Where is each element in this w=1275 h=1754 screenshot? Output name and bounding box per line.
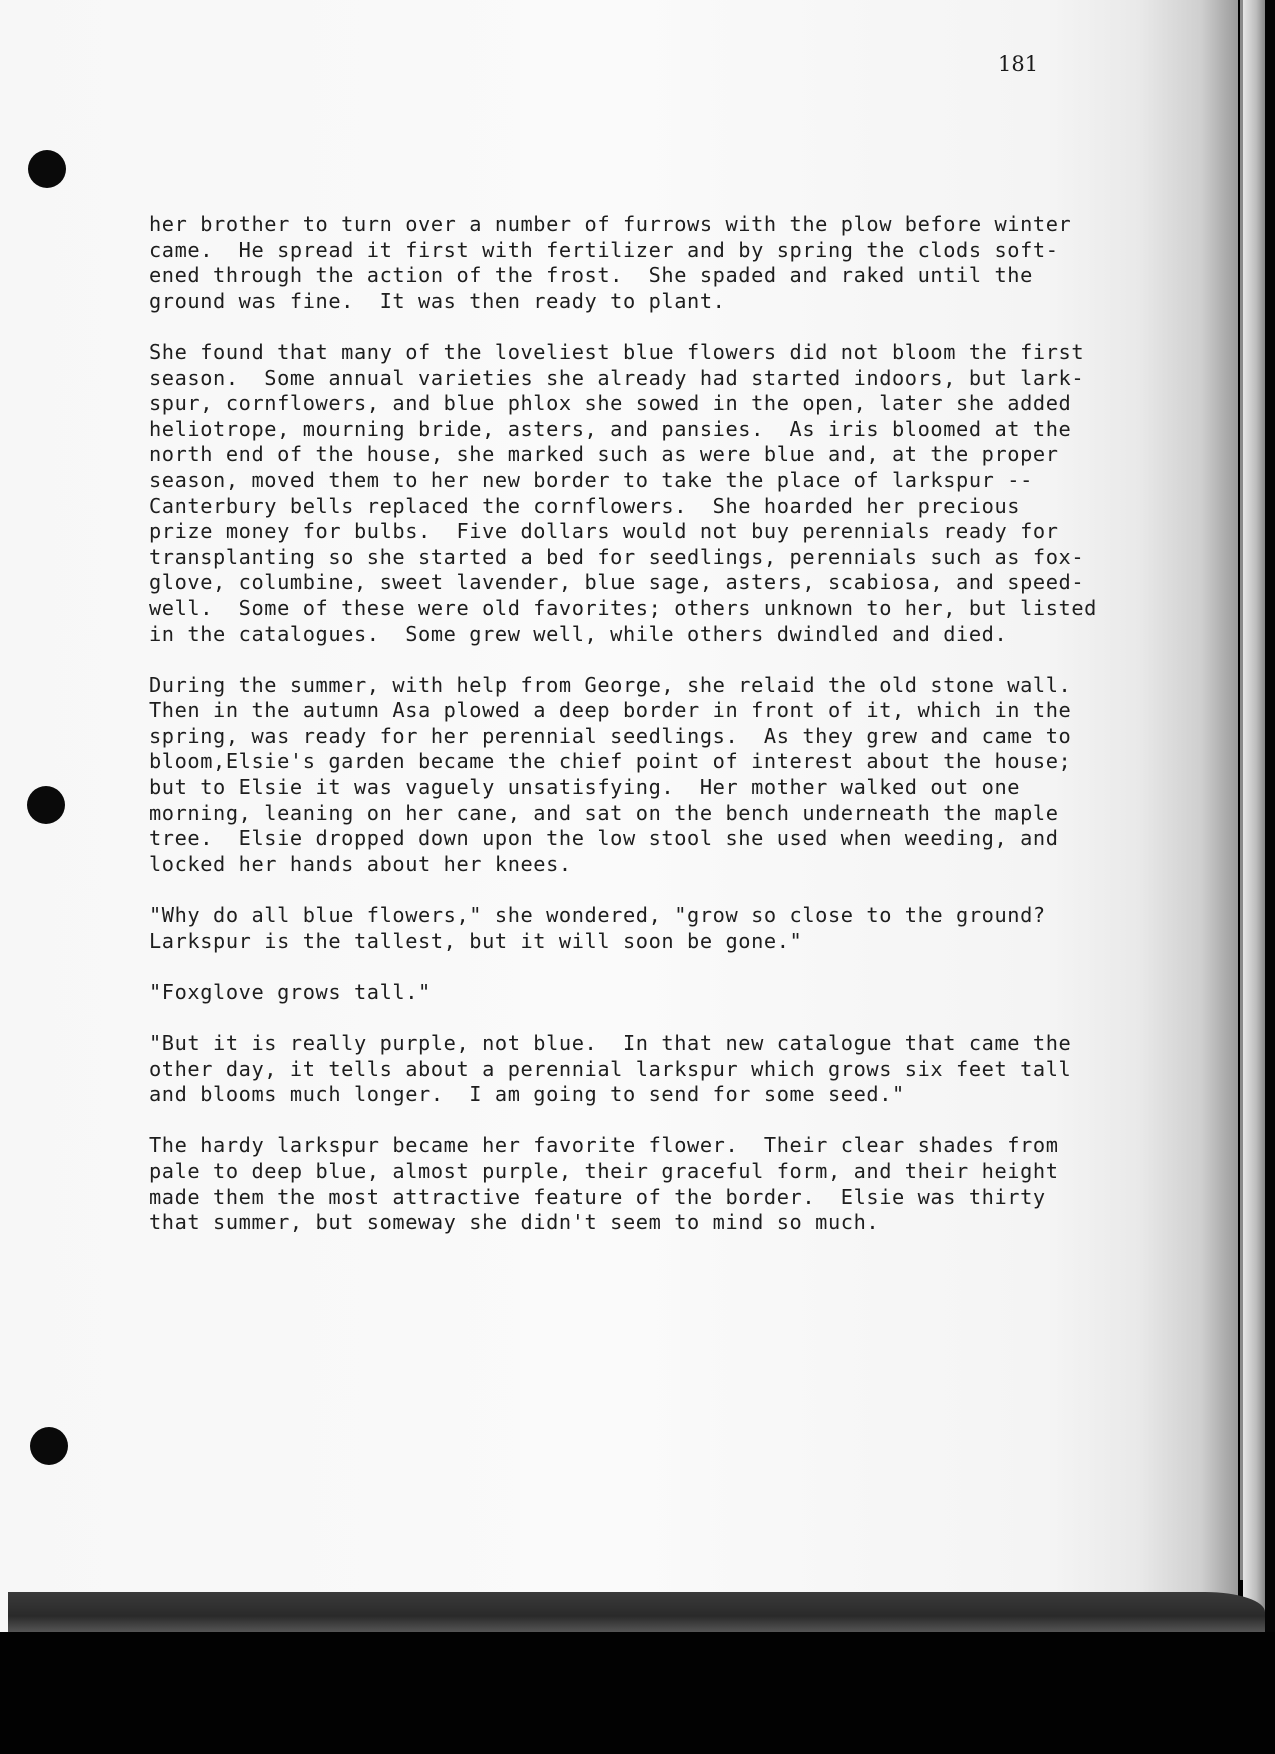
page-number: 181	[998, 52, 1038, 76]
text-line: pale to deep blue, almost purple, their …	[149, 1159, 1109, 1185]
text-line: season. Some annual varieties she alread…	[149, 366, 1109, 392]
punch-hole-icon	[30, 1427, 68, 1465]
scanner-border-right	[1265, 0, 1275, 1754]
paragraph: During the summer, with help from George…	[149, 673, 1109, 878]
text-line: tree. Elsie dropped down upon the low st…	[149, 826, 1109, 852]
text-line: her brother to turn over a number of fur…	[149, 212, 1109, 238]
text-line: During the summer, with help from George…	[149, 673, 1109, 699]
text-line: glove, columbine, sweet lavender, blue s…	[149, 570, 1109, 596]
text-line: locked her hands about her knees.	[149, 852, 1109, 878]
scanned-page: 181 her brother to turn over a number of…	[0, 0, 1275, 1754]
text-line: other day, it tells about a perennial la…	[149, 1057, 1109, 1083]
text-line: Then in the autumn Asa plowed a deep bor…	[149, 698, 1109, 724]
paragraph: The hardy larkspur became her favorite f…	[149, 1133, 1109, 1235]
paragraph: She found that many of the loveliest blu…	[149, 340, 1109, 647]
punch-hole-icon	[28, 150, 66, 188]
text-line: Canterbury bells replaced the cornflower…	[149, 494, 1109, 520]
text-line: prize money for bulbs. Five dollars woul…	[149, 519, 1109, 545]
text-line: She found that many of the loveliest blu…	[149, 340, 1109, 366]
text-line: spring, was ready for her perennial seed…	[149, 724, 1109, 750]
text-line: made them the most attractive feature of…	[149, 1185, 1109, 1211]
text-line: but to Elsie it was vaguely unsatisfying…	[149, 775, 1109, 801]
scanner-border-bottom	[0, 1632, 1275, 1754]
text-line: in the catalogues. Some grew well, while…	[149, 622, 1109, 648]
text-line: came. He spread it first with fertilizer…	[149, 238, 1109, 264]
text-line: well. Some of these were old favorites; …	[149, 596, 1109, 622]
text-line: morning, leaning on her cane, and sat on…	[149, 801, 1109, 827]
text-line: "Why do all blue flowers," she wondered,…	[149, 903, 1109, 929]
text-line: spur, cornflowers, and blue phlox she so…	[149, 391, 1109, 417]
paragraph: "Why do all blue flowers," she wondered,…	[149, 903, 1109, 954]
paragraph: her brother to turn over a number of fur…	[149, 212, 1109, 314]
text-line: ground was fine. It was then ready to pl…	[149, 289, 1109, 315]
page-edge-shadow	[1243, 0, 1265, 1620]
text-line: "But it is really purple, not blue. In t…	[149, 1031, 1109, 1057]
text-line: north end of the house, she marked such …	[149, 442, 1109, 468]
paragraph: "But it is really purple, not blue. In t…	[149, 1031, 1109, 1108]
text-line: transplanting so she started a bed for s…	[149, 545, 1109, 571]
paragraph: "Foxglove grows tall."	[149, 980, 1109, 1006]
text-line: The hardy larkspur became her favorite f…	[149, 1133, 1109, 1159]
text-line: season, moved them to her new border to …	[149, 468, 1109, 494]
punch-hole-icon	[27, 786, 65, 824]
text-line: ened through the action of the frost. Sh…	[149, 263, 1109, 289]
text-line: that summer, but someway she didn't seem…	[149, 1210, 1109, 1236]
text-line: and blooms much longer. I am going to se…	[149, 1082, 1109, 1108]
text-line: bloom,Elsie's garden became the chief po…	[149, 749, 1109, 775]
body-text: her brother to turn over a number of fur…	[149, 212, 1109, 1261]
text-line: "Foxglove grows tall."	[149, 980, 1109, 1006]
page-bottom-shadow	[8, 1592, 1265, 1632]
text-line: Larkspur is the tallest, but it will soo…	[149, 929, 1109, 955]
text-line: heliotrope, mourning bride, asters, and …	[149, 417, 1109, 443]
